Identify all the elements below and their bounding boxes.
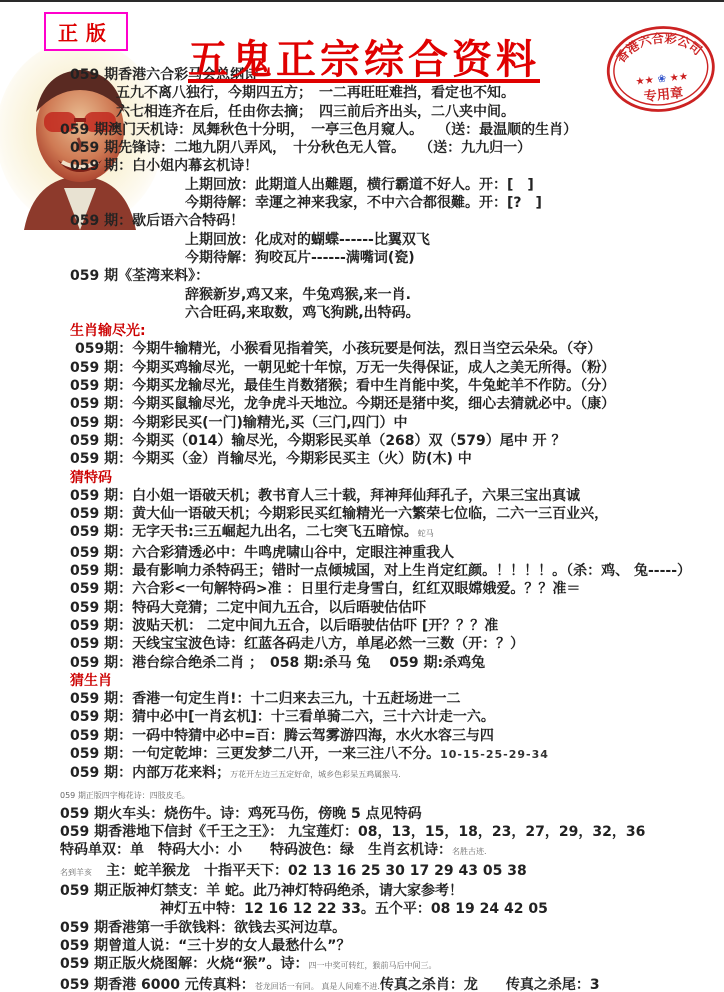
text-segment: 特码单双：单 特码大小：小 特码波色：绿 生肖玄机诗： (60, 842, 452, 858)
lottery-info-sheet: 正版 (0, 0, 724, 992)
text-segment: 059 期《荃湾来料》： (70, 268, 209, 284)
text-segment: 059 期：内部万花来料； (70, 765, 230, 781)
text-segment: 生肖输尽光: (70, 323, 146, 339)
text-segment: 059 期：今期买鸡输尽光，一朝见蛇十年惊，万无一失得保证，成人之美无所得。（粉… (70, 360, 615, 376)
text-segment: 059 期：今期买（金）肖输尽光，今期彩民买主（火）防(木) 中 (70, 451, 472, 467)
text-segment: 059 期：波贴天机： 二定中间九五合，以后晤驶估估吓 [开？？？准 (70, 618, 498, 634)
text-segment: 059 期香港地下信封《千王之王》： 九宝莲灯：08，13，15，18，23，2… (60, 824, 645, 840)
text-line: 059 期香港第一手欲钱料：欲钱去买河边草。 (0, 919, 724, 937)
text-line: 059 期：最有影响力杀特码王；错时一点倾城国，对上生肖定红颜。！！！！。（杀：… (0, 562, 724, 580)
stamp-flower-icon: ❀ (657, 73, 667, 86)
text-segment: 蛇马 (418, 529, 434, 538)
text-segment: 上期回放：化成对的蝴蝶------比翼双飞 (185, 232, 430, 248)
text-segment: 059 期：天线宝宝波色诗：红蓝各码走八方，单尾必然一三数（开：？） (70, 636, 524, 652)
text-line: 059 期：今期买（金）肖输尽光，今期彩民买主（火）防(木) 中 (0, 450, 724, 468)
text-line: 059 期：今期买鸡输尽光，一朝见蛇十年惊，万无一失得保证，成人之美无所得。（粉… (0, 359, 724, 377)
text-line: 059 期：特码大竞猜；二定中间九五合，以后晤驶估估吓 (0, 599, 724, 617)
text-line: 059 期：白小姐一语破天机；教书育人三十载，拜神拜仙拜孔子，六果三宝出真诚 (0, 487, 724, 505)
text-line: 059 期：白小姐内幕玄机诗！ (0, 157, 724, 175)
text-line: 059 期正版火烧图解：火烧“猴”。诗：四一中奖可转红，猴前马后中间三。 (0, 955, 724, 975)
text-segment: 今期待解：狗咬瓦片------满嘴词(瓷) (185, 250, 415, 266)
text-line: 猜特码 (0, 469, 724, 487)
text-segment: 059 期正版火烧图解：火烧“猴”。诗： (60, 956, 309, 972)
text-line: 059期：今期牛输精光，小猴看见指着笑，小孩玩要是何法，烈日当空云朵朵。（夺） (0, 340, 724, 358)
text-line: 上期回放：化成对的蝴蝶------比翼双飞 (0, 231, 724, 249)
text-segment: 059 期：白小姐内幕玄机诗！ (70, 158, 258, 174)
text-line: 059 期：香港一句定生肖!：十二归来去三九，十五赶场进一二 (0, 690, 724, 708)
stamp-stars-left: ★★ (635, 74, 655, 88)
text-line: 059 期正版四字梅花诗：四肢皮毛。 (0, 785, 724, 805)
text-line: 生肖输尽光: (0, 322, 724, 340)
text-line: 059 期：一码中特猜中必中=百：腾云驾雾游四海，水火水容三与四 (0, 727, 724, 745)
text-segment: 059 期：六合彩<一句解特码>准 ：日里行走身雪白，红红双眼嫦娥爱。？？准＝ (70, 581, 580, 597)
text-line: 059 期：天线宝宝波色诗：红蓝各码走八方，单尾必然一三数（开：？） (0, 635, 724, 653)
text-segment: 059 期：猜中必中[一肖玄机]：十三看单骑二六，三十六计走一六。 (70, 709, 495, 725)
text-line: 059 期正版神灯禁支：羊 蛇。此乃神灯特码绝杀，请大家参考！ (0, 882, 724, 900)
text-line: 059 期：黄大仙一语破天机；今期彩民买红输精光一六繁荣七位临，二六一三百业兴， (0, 505, 724, 523)
text-line: 猜生肖 (0, 672, 724, 690)
text-segment: 猜特码 (70, 470, 112, 486)
text-segment: 神灯五中特：12 16 12 22 33。五个平：08 19 24 42 05 (160, 901, 548, 917)
text-segment: 059 期：一句定乾坤：三更发梦二八开，一来三注八不分。 (70, 746, 440, 762)
text-line: 059 期：港台综合绝杀二肖 ； 058 期:杀马 兔 059 期:杀鸡兔 (0, 654, 724, 672)
text-line: 059 期：内部万花来料；万花开左边三五定好命，城乡色彩呆五鸡属猴马. (0, 764, 724, 784)
text-segment: 六七相连齐在后，任由你去摘； 四三前后齐出头，二八夹中间。 (116, 104, 515, 120)
text-segment: 059 期：白小姐一语破天机；教书育人三十载，拜神拜仙拜孔子，六果三宝出真诚 (70, 488, 580, 504)
text-segment: 059 期：今期买鼠输尽光，龙争虎斗天地泣。今期还是猪中奖，细心去猜就必中。（康… (70, 396, 615, 412)
text-segment: 059 期：港台综合绝杀二肖 ； 058 期:杀马 兔 059 期:杀鸡兔 (70, 655, 485, 671)
authentic-badge: 正版 (44, 12, 128, 51)
text-segment: 10-15-25-29-34 (440, 748, 549, 761)
text-segment: 六合旺码,来取数，鸡飞狗跳,出特码。 (185, 305, 420, 321)
text-line: 059 期：今期买鼠输尽光，龙争虎斗天地泣。今期还是猪中奖，细心去猜就必中。（康… (0, 395, 724, 413)
text-line: 今期待解：狗咬瓦片------满嘴词(瓷) (0, 249, 724, 267)
text-line: 辞猴新岁,鸡又来，牛兔鸡猴,来一肖. (0, 286, 724, 304)
text-line: 059 期：今期买龙输尽光，最佳生肖数猪猴；看中生肖能中奖，牛兔蛇羊不作防。（分… (0, 377, 724, 395)
text-line: 059 期：今期买（014）输尽光，今期彩民买单（268）双（579）尾中 开 … (0, 432, 724, 450)
text-segment: 059期：今期牛输精光，小猴看见指着笑，小孩玩要是何法，烈日当空云朵朵。（夺） (75, 341, 601, 357)
text-segment: 苍龙回话一有同。 真是人间难不进. (255, 982, 380, 991)
text-segment: 059 期：无字天书:三五崛起九出名，二七突飞五暗惊。 (70, 524, 418, 540)
text-segment: 059 期：今期彩民买(一门)输精光,买（三门,四门）中 (70, 415, 408, 431)
text-line: 059 期：波贴天机： 二定中间九五合，以后晤驶估估吓 [开？？？准 (0, 617, 724, 635)
text-segment: 059 期先锋诗：二地九阴八弄风， 十分秋色无人管。 （送：九九归一） (70, 140, 531, 156)
text-segment: 名胜古迹. (452, 847, 487, 856)
stamp-arc-text: 香港六合彩公司 (611, 26, 706, 66)
text-line: 神灯五中特：12 16 12 22 33。五个平：08 19 24 42 05 (0, 900, 724, 918)
text-line: 059 期先锋诗：二地九阴八弄风， 十分秋色无人管。 （送：九九归一） (0, 139, 724, 157)
text-segment: 059 期：今期买龙输尽光，最佳生肖数猪猴；看中生肖能中奖，牛兔蛇羊不作防。（分… (70, 378, 615, 394)
text-segment: 059 期香港第一手欲钱料：欲钱去买河边草。 (60, 920, 346, 936)
text-segment: 万花开左边三五定好命，城乡色彩呆五鸡属猴马. (230, 770, 401, 779)
text-line: 059 期：六合彩<一句解特码>准 ：日里行走身雪白，红红双眼嫦娥爱。？？准＝ (0, 580, 724, 598)
text-segment: 猜生肖 (70, 673, 112, 689)
text-segment: 059 期：香港一句定生肖!：十二归来去三九，十五赶场进一二 (70, 691, 460, 707)
text-segment: 059 期澳门天机诗：凤舞秋色十分明， 一亭三色月窥人。 （送：最温顺的生肖） (60, 122, 577, 138)
text-line: 059 期曾道人说：“三十岁的女人最愁什么”？ (0, 937, 724, 955)
text-segment: 名到羊亥 (60, 868, 92, 877)
text-line: 059 期《荃湾来料》： (0, 267, 724, 285)
text-line: 名到羊亥 主：蛇羊猴龙 十指平天下：02 13 16 25 30 17 29 4… (0, 862, 724, 882)
text-segment: 059 期火车头：烧伤牛。诗：鸡死马伤，傍晚 5 点见特码 (60, 806, 422, 822)
text-segment: 059 期：今期买（014）输尽光，今期彩民买单（268）双（579）尾中 开 … (70, 433, 566, 449)
text-segment: 主：蛇羊猴龙 十指平天下：02 13 16 25 30 17 29 43 05 … (92, 863, 527, 879)
text-line: 059 期：无字天书:三五崛起九出名，二七突飞五暗惊。蛇马 (0, 523, 724, 543)
text-segment: 059 期正版四字梅花诗：四肢皮毛。 (60, 791, 190, 800)
stamp-seal: 香港六合彩公司 ★★ ❀ ★★ 专用章 (599, 16, 722, 121)
text-segment: 059 期曾道人说：“三十岁的女人最愁什么”？ (60, 938, 351, 954)
text-line: 059 期：六合彩猜透必中：牛鸣虎啸山谷中，定眼注神重我人 (0, 544, 724, 562)
text-line: 059 期：猜中必中[一肖玄机]：十三看单骑二六，三十六计走一六。 (0, 708, 724, 726)
text-segment: 四一中奖可转红，猴前马后中间三。 (309, 961, 437, 970)
stamp-stars-right: ★★ (669, 70, 689, 84)
text-segment: 今期待解：幸運之神来我家，不中六合都很難。开：[? ] (185, 195, 542, 211)
text-segment: 059 期：黄大仙一语破天机；今期彩民买红输精光一六繁荣七位临，二六一三百业兴， (70, 506, 608, 522)
text-segment: 059 期：六合彩猜透必中：牛鸣虎啸山谷中，定眼注神重我人 (70, 545, 454, 561)
text-line: 特码单双：单 特码大小：小 特码波色：绿 生肖玄机诗：名胜古迹. (0, 841, 724, 861)
text-segment: 五九不离八独行，今期四五方； 一二再旺旺难挡，看定也不知。 (116, 85, 515, 101)
text-segment: 059 期正版神灯禁支：羊 蛇。此乃神灯特码绝杀，请大家参考！ (60, 883, 463, 899)
text-segment: 辞猴新岁,鸡又来，牛兔鸡猴,来一肖. (185, 287, 411, 303)
text-line: 059 期香港地下信封《千王之王》： 九宝莲灯：08，13，15，18，23，2… (0, 823, 724, 841)
text-segment: 059 期：歇后语六合特码！ (70, 213, 244, 229)
text-line: 六合旺码,来取数，鸡飞狗跳,出特码。 (0, 304, 724, 322)
text-line: 上期回放：此期道人出難題，横行霸道不好人。开：[ ] (0, 176, 724, 194)
svg-text:香港六合彩公司: 香港六合彩公司 (611, 26, 706, 66)
content-lines: 059 期香港六合彩马会总纲诗五九不离八独行，今期四五方； 一二再旺旺难挡，看定… (0, 66, 724, 992)
page-title: 五鬼正宗综合资料 (188, 28, 540, 85)
text-segment: 059 期：最有影响力杀特码王；错时一点倾城国，对上生肖定红颜。！！！！。（杀：… (70, 563, 691, 579)
text-line: 059 期：歇后语六合特码！ (0, 212, 724, 230)
text-line: 今期待解：幸運之神来我家，不中六合都很難。开：[? ] (0, 194, 724, 212)
text-segment: 059 期：一码中特猜中必中=百：腾云驾雾游四海，水火水容三与四 (70, 728, 494, 744)
text-line: 059 期：今期彩民买(一门)输精光,买（三门,四门）中 (0, 414, 724, 432)
text-segment: 上期回放：此期道人出難題，横行霸道不好人。开：[ ] (185, 177, 534, 193)
company-stamp: 香港六合彩公司 ★★ ❀ ★★ 专用章 (599, 16, 723, 125)
text-segment: 059 期：特码大竞猜；二定中间九五合，以后晤驶估估吓 (70, 600, 426, 616)
text-line: 059 期：一句定乾坤：三更发梦二八开，一来三注八不分。10-15-25-29-… (0, 745, 724, 764)
text-line: 059 期火车头：烧伤牛。诗：鸡死马伤，傍晚 5 点见特码 (0, 805, 724, 823)
